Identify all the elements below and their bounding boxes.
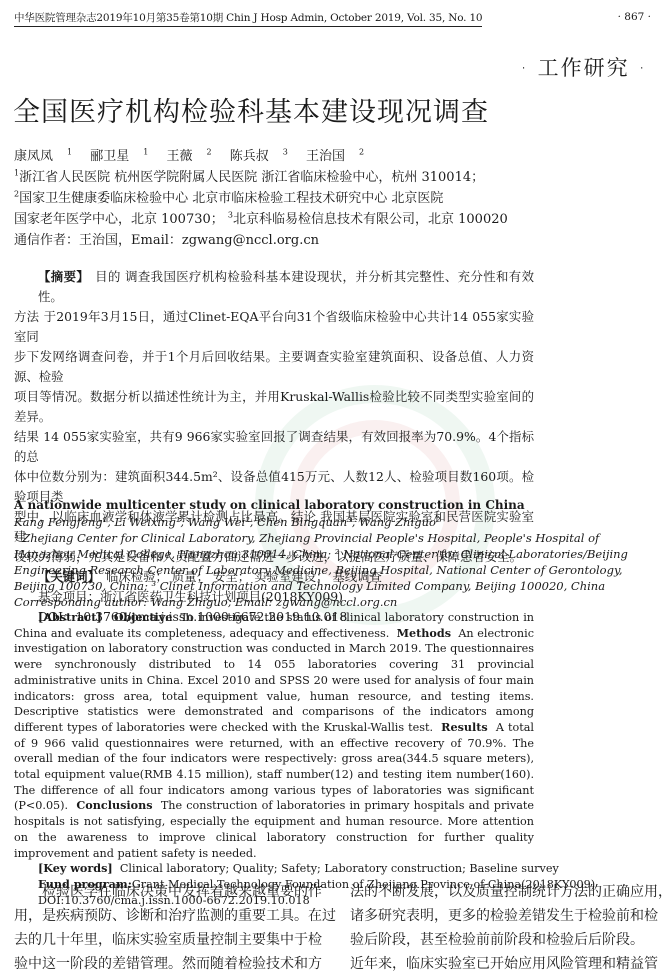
english-authors: Kang Fengfeng¹, Li Weixing¹, Wang Wei², … <box>14 514 534 530</box>
abstract-body-en: [Abstract] Objective To investigate the … <box>14 610 534 861</box>
affiliation-line: Beijing 100730, China; ³ Clinet Informat… <box>14 578 534 594</box>
author: 康凤凤1 <box>14 149 72 164</box>
abstract-line: 步下发网络调查问卷，并于1个月后回收结果。主要调查实验室建筑面积、设备总值、人力… <box>14 347 534 387</box>
english-affiliations: Kang Fengfeng¹, Li Weixing¹, Wang Wei², … <box>14 514 534 610</box>
page-number: · 867 · <box>618 11 651 23</box>
section-tag: · 工作研究 · <box>520 52 647 82</box>
body-line: 用，是疾病预防、诊断和治疗监测的重要工具。在过 <box>14 904 324 928</box>
author: 陈兵叔3 <box>230 149 288 164</box>
body-column-left: 检验医学在临床决策中发挥着越来越重要的作 用，是疾病预防、诊断和治疗监测的重要工… <box>14 880 324 976</box>
correspondence-en: Corresponding author: Wang Zhiguo, Email… <box>14 594 534 610</box>
body-line: 验后阶段，甚至检验前前阶段和检验后后阶段。 <box>350 928 660 952</box>
author-block-cn: 康凤凤1 郦卫星1 王薇2 陈兵叔3 王治国2 1浙江省人民医院 杭州医学院附属… <box>14 146 664 251</box>
author: 郦卫星1 <box>90 149 148 164</box>
body-column-right: 法的不断发展，以及质量控制统计方法的正确应用， 诸多研究表明，更多的检验差错发生… <box>350 880 660 976</box>
author-list: 康凤凤1 郦卫星1 王薇2 陈兵叔3 王治国2 <box>14 146 664 167</box>
english-title: A nationwide multicenter study on clinic… <box>14 498 525 512</box>
abstract-en: [Abstract] Objective To investigate the … <box>14 610 534 908</box>
abstract-line: 方法 于2019年3月15日，通过Clinet-EQA平台向31个省级临床检验中… <box>14 307 534 347</box>
body-line: 验中这一阶段的差错管理。然而随着检验技术和方 <box>14 952 324 976</box>
affiliation-line: Engineering Research Center of Laborator… <box>14 562 534 578</box>
body-line: 诸多研究表明，更多的检验差错发生于检验前和检 <box>350 904 660 928</box>
affiliation-line: 2国家卫生健康委临床检验中心 北京市临床检验工程技术研究中心 北京医院 <box>14 188 664 209</box>
author: 王薇2 <box>167 149 212 164</box>
abstract-label: 【摘要】 <box>38 269 89 284</box>
abstract-line: 项目等情况。数据分析以描述性统计为主，并用Kruskal-Wallis检验比较不… <box>14 387 534 427</box>
article-title: 全国医疗机构检验科基本建设现况调查 <box>13 90 489 129</box>
keywords-en: [Key words] Clinical laboratory; Quality… <box>14 861 534 877</box>
body-line: 检验医学在临床决策中发挥着越来越重要的作 <box>14 880 324 904</box>
correspondence-cn: 通信作者：王治国，Email：zgwang@nccl.org.cn <box>14 230 664 251</box>
affiliation-line: 国家老年医学中心，北京 100730； 3北京科临易检信息技术有限公司，北京 1… <box>14 209 664 230</box>
abstract-line: 结果 14 055家实验室，共有9 966家实验室回报了调查结果，有效回报率为7… <box>14 427 534 467</box>
body-line: 法的不断发展，以及质量控制统计方法的正确应用， <box>350 880 660 904</box>
author: 王治国2 <box>306 149 364 164</box>
running-head: 中华医院管理杂志2019年10月第35卷第10期 Chin J Hosp Adm… <box>14 10 482 27</box>
affiliation-line: Hangzhou Medical College, Hangzhou 31001… <box>14 546 534 562</box>
affiliation-line: 1浙江省人民医院 杭州医学院附属人民医院 浙江省临床检验中心，杭州 310014… <box>14 167 664 188</box>
body-line: 去的几十年里，临床实验室质量控制主要集中于检 <box>14 928 324 952</box>
body-line: 近年来，临床实验室已开始应用风险管理和精益管 <box>350 952 660 976</box>
affiliation-line: ¹ Zhejiang Center for Clinical Laborator… <box>14 530 534 546</box>
abstract-line: 【摘要】目的 调查我国医疗机构检验科基本建设现状，并分析其完整性、充分性和有效性… <box>14 267 534 307</box>
